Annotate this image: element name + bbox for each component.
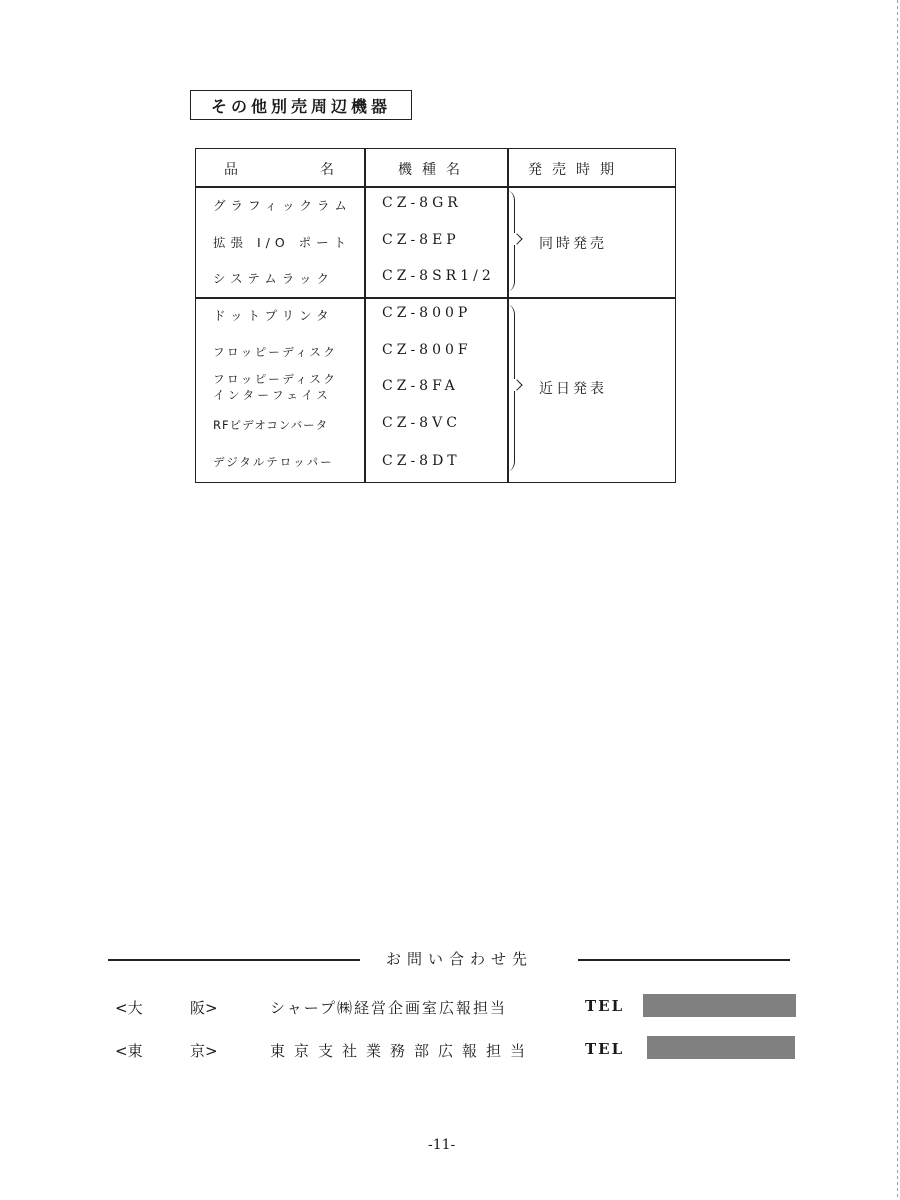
heading-rule-right (578, 959, 790, 961)
department: シャープ㈱経営企画室広報担当 (270, 997, 507, 1018)
scan-edge-line (897, 0, 898, 1200)
product-name: グラフィックラム (213, 196, 352, 214)
city-label-close: 京> (190, 1040, 218, 1061)
city-label-close: 阪> (190, 997, 218, 1018)
city-label-open: <東 (115, 1040, 143, 1061)
release-status: 同時発売 (539, 233, 607, 253)
model-number: CZ-800P (382, 305, 471, 321)
brace-tip-icon (511, 379, 522, 390)
product-name: ドットプリンタ (213, 306, 334, 324)
brace-icon (508, 391, 515, 471)
peripherals-table: 品 名 機種名 発売時期 グラフィックラム CZ-8GR 拡張 I/O ポート … (195, 148, 676, 483)
brace-icon (508, 245, 515, 291)
header-divider (196, 186, 675, 188)
group-divider (196, 297, 675, 299)
product-name: 拡張 I/O ポート (213, 233, 351, 251)
model-number: CZ-800F (382, 342, 472, 358)
brace-icon (508, 191, 515, 233)
brace-tip-icon (511, 233, 522, 244)
model-number: CZ-8GR (382, 195, 462, 211)
product-name: フロッピーディスク (213, 371, 337, 387)
contact-heading-label: お問い合わせ先 (386, 948, 533, 969)
header-release-period: 発売時期 (528, 159, 624, 179)
redacted-phone (647, 1036, 795, 1059)
product-name-line2: インターフェイス (213, 387, 331, 403)
redacted-phone (643, 994, 796, 1017)
column-divider (364, 149, 366, 482)
model-number: CZ-8EP (382, 232, 460, 248)
city-label-open: <大 (115, 997, 143, 1018)
tel-label: TEL (585, 1040, 624, 1058)
model-number: CZ-8SR1/2 (382, 268, 495, 284)
product-name: RFビデオコンバータ (213, 417, 328, 433)
model-number: CZ-8FA (382, 378, 459, 394)
model-number: CZ-8VC (382, 415, 461, 431)
product-name: デジタルテロッパー (213, 454, 334, 470)
header-model: 機種名 (398, 159, 470, 179)
product-name: フロッピーディスク (213, 344, 337, 360)
tel-label: TEL (585, 997, 624, 1015)
release-status: 近日発表 (539, 378, 607, 398)
section-title: その他別売周辺機器 (190, 90, 412, 120)
model-number: CZ-8DT (382, 453, 461, 469)
heading-rule-left (108, 959, 360, 961)
brace-icon (508, 305, 515, 379)
page-number: -11- (428, 1137, 455, 1153)
header-product-name: 品 名 (224, 159, 344, 179)
product-name: システムラック (213, 269, 334, 287)
department: 東京支社業務部広報担当 (270, 1040, 534, 1061)
contact-heading: お問い合わせ先 (108, 948, 790, 972)
